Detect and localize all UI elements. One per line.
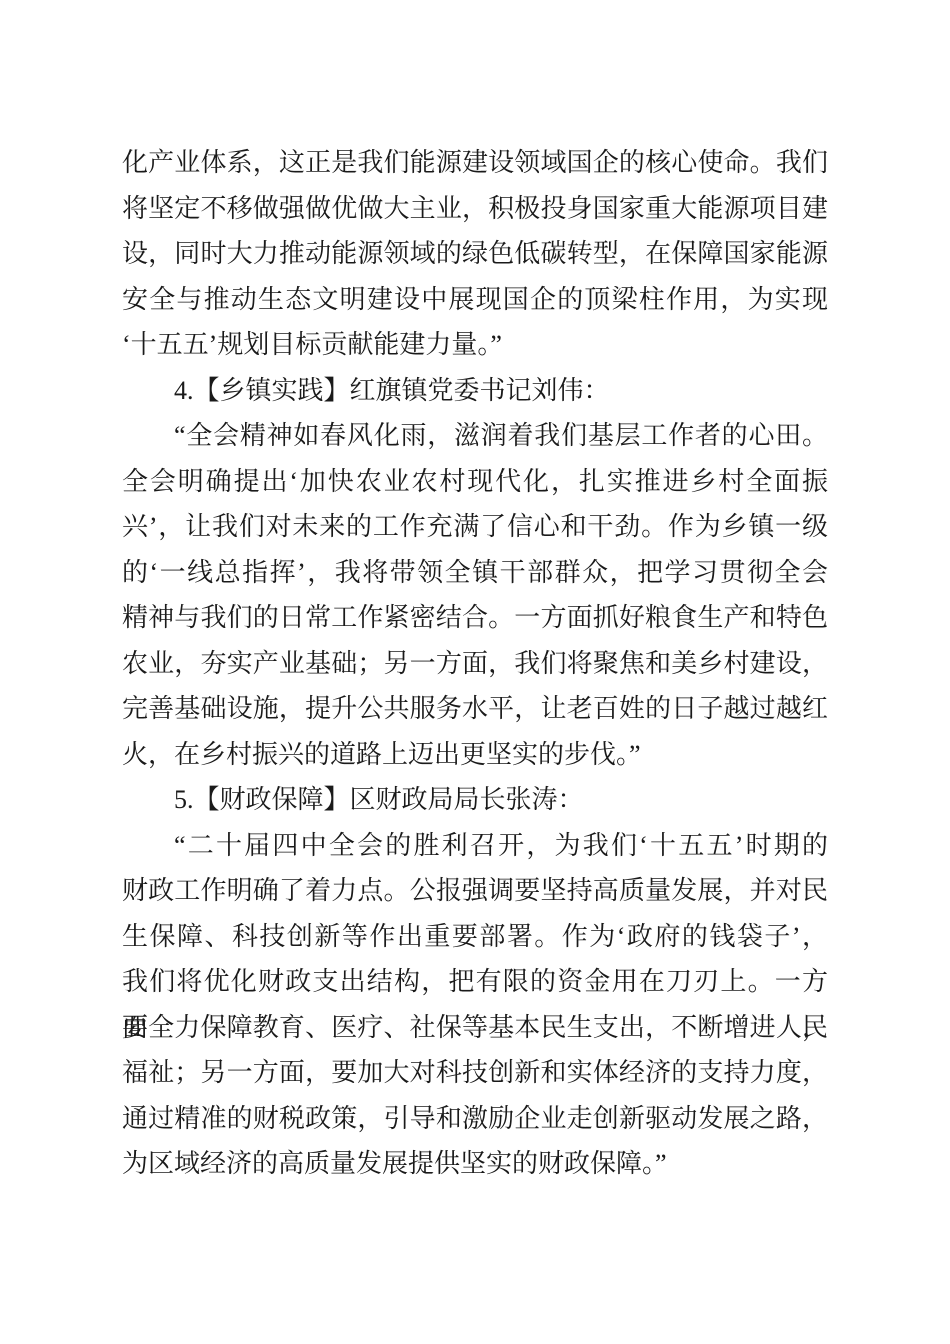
text-line: 精神与我们的日常工作紧密结合。一方面抓好粮食生产和特色 <box>122 595 828 641</box>
text-line: 全会明确提出‘加快农业农村现代化，扎实推进乡村全面振 <box>122 459 828 505</box>
paragraph-quote-body-5: “二十届四中全会的胜利召开，为我们‘十五五’时期的财政工作明确了着力点。公报强调… <box>122 823 828 1187</box>
paragraph-item-heading-5: 5.【财政保障】区财政局局长张涛： <box>122 777 828 823</box>
text-line: 安全与推动生态文明建设中展现国企的顶梁柱作用，为实现 <box>122 277 828 323</box>
text-line: 4.【乡镇实践】红旗镇党委书记刘伟： <box>122 368 828 414</box>
text-line: 化产业体系，这正是我们能源建设领域国企的核心使命。我们 <box>122 140 828 186</box>
text-line: 农业，夯实产业基础；另一方面，我们将聚焦和美乡村建设， <box>122 641 828 687</box>
text-line: 火，在乡村振兴的道路上迈出更坚实的步伐。” <box>122 732 828 778</box>
text-line: 要全力保障教育、医疗、社保等基本民生支出，不断增进人民 <box>122 1005 828 1051</box>
text-line: 福祉；另一方面，要加大对科技创新和实体经济的支持力度， <box>122 1050 828 1096</box>
paragraph-quote-body-4: “全会精神如春风化雨，滋润着我们基层工作者的心田。全会明确提出‘加快农业农村现代… <box>122 413 828 777</box>
text-line: 兴’，让我们对未来的工作充满了信心和干劲。作为乡镇一级 <box>122 504 828 550</box>
text-line: 财政工作明确了着力点。公报强调要坚持高质量发展，并对民 <box>122 868 828 914</box>
text-line: 我们将优化财政支出结构，把有限的资金用在刀刃上。一方面， <box>122 959 828 1005</box>
paragraph-item-heading-4: 4.【乡镇实践】红旗镇党委书记刘伟： <box>122 368 828 414</box>
text-line: 设，同时大力推动能源领域的绿色低碳转型，在保障国家能源 <box>122 231 828 277</box>
text-line: 完善基础设施，提升公共服务水平，让老百姓的日子越过越红 <box>122 686 828 732</box>
text-line: 将坚定不移做强做优做大主业，积极投身国家重大能源项目建 <box>122 186 828 232</box>
text-line: 的‘一线总指挥’，我将带领全镇干部群众，把学习贯彻全会 <box>122 550 828 596</box>
text-line: “全会精神如春风化雨，滋润着我们基层工作者的心田。 <box>122 413 828 459</box>
text-line: 5.【财政保障】区财政局局长张涛： <box>122 777 828 823</box>
text-line: 为区域经济的高质量发展提供坚实的财政保障。” <box>122 1141 828 1187</box>
document-page: 化产业体系，这正是我们能源建设领域国企的核心使命。我们将坚定不移做强做优做大主业… <box>0 0 950 1344</box>
text-line: ‘十五五’规划目标贡献能建力量。” <box>122 322 828 368</box>
text-line: 生保障、科技创新等作出重要部署。作为‘政府的钱袋子’， <box>122 914 828 960</box>
text-line: “二十届四中全会的胜利召开，为我们‘十五五’时期的 <box>122 823 828 869</box>
paragraph-body-continuation: 化产业体系，这正是我们能源建设领域国企的核心使命。我们将坚定不移做强做优做大主业… <box>122 140 828 368</box>
document-content: 化产业体系，这正是我们能源建设领域国企的核心使命。我们将坚定不移做强做优做大主业… <box>122 140 828 1187</box>
text-line: 通过精准的财税政策，引导和激励企业走创新驱动发展之路， <box>122 1096 828 1142</box>
